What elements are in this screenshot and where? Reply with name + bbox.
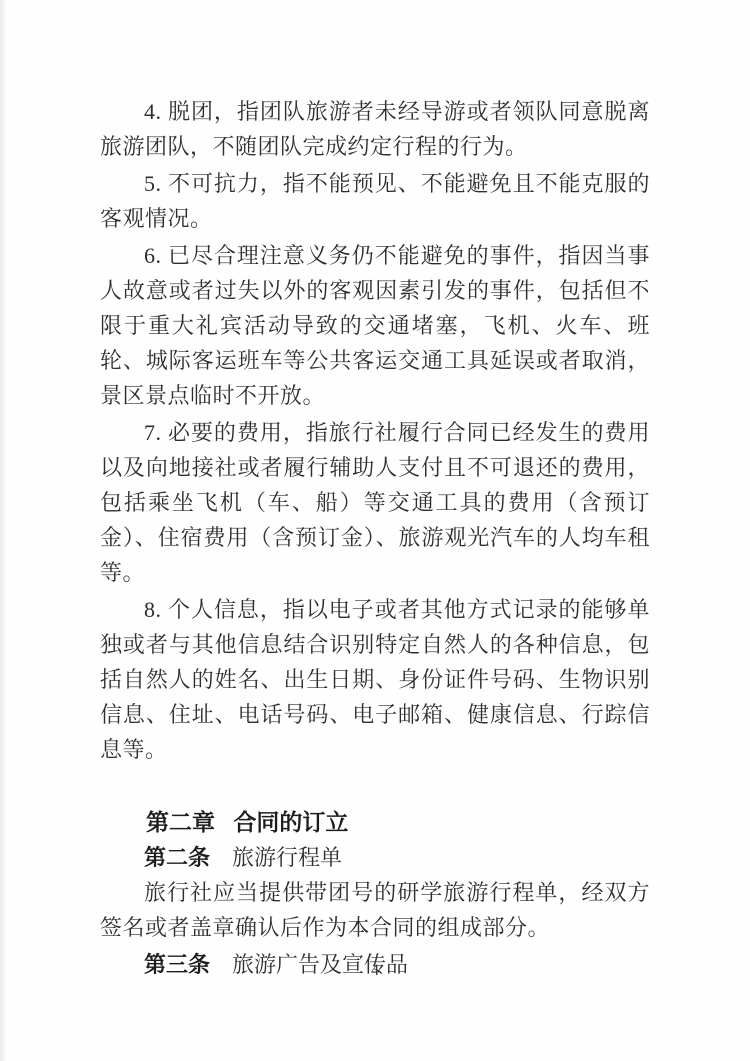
term-paragraph-5: 5. 不可抗力，指不能预见、不能避免且不能克服的客观情况。 [100,166,650,236]
chapter-heading: 第二章合同的订立 [100,805,650,840]
document-body: 4. 脱团，指团队旅游者未经导游或者领队同意脱离旅游团队，不随团队完成约定行程的… [100,94,650,982]
article-2-number: 第二条 [144,845,210,870]
term-paragraph-7: 7. 必要的费用，指旅行社履行合同已经发生的费用以及向地接社或者履行辅助人支付且… [100,415,650,590]
page-number: 4 [0,962,750,980]
document-page: 4. 脱团，指团队旅游者未经导游或者领队同意脱离旅游团队，不随团队完成约定行程的… [0,0,750,1061]
term-paragraph-6: 6. 已尽合理注意义务仍不能避免的事件，指因当事人故意或者过失以外的客观因素引发… [100,238,650,413]
term-paragraph-4: 4. 脱团，指团队旅游者未经导游或者领队同意脱离旅游团队，不随团队完成约定行程的… [100,94,650,164]
article-2-body: 旅行社应当提供带团号的研学旅游行程单，经双方签名或者盖章确认后作为本合同的组成部… [100,875,650,945]
chapter-title: 合同的订立 [233,809,348,835]
article-heading-2: 第二条旅游行程单 [100,840,650,875]
article-2-title: 旅游行程单 [232,845,342,870]
term-paragraph-8: 8. 个人信息，指以电子或者其他方式记录的能够单独或者与其他信息结合识别特定自然… [100,592,650,767]
chapter-number: 第二章 [146,809,215,835]
